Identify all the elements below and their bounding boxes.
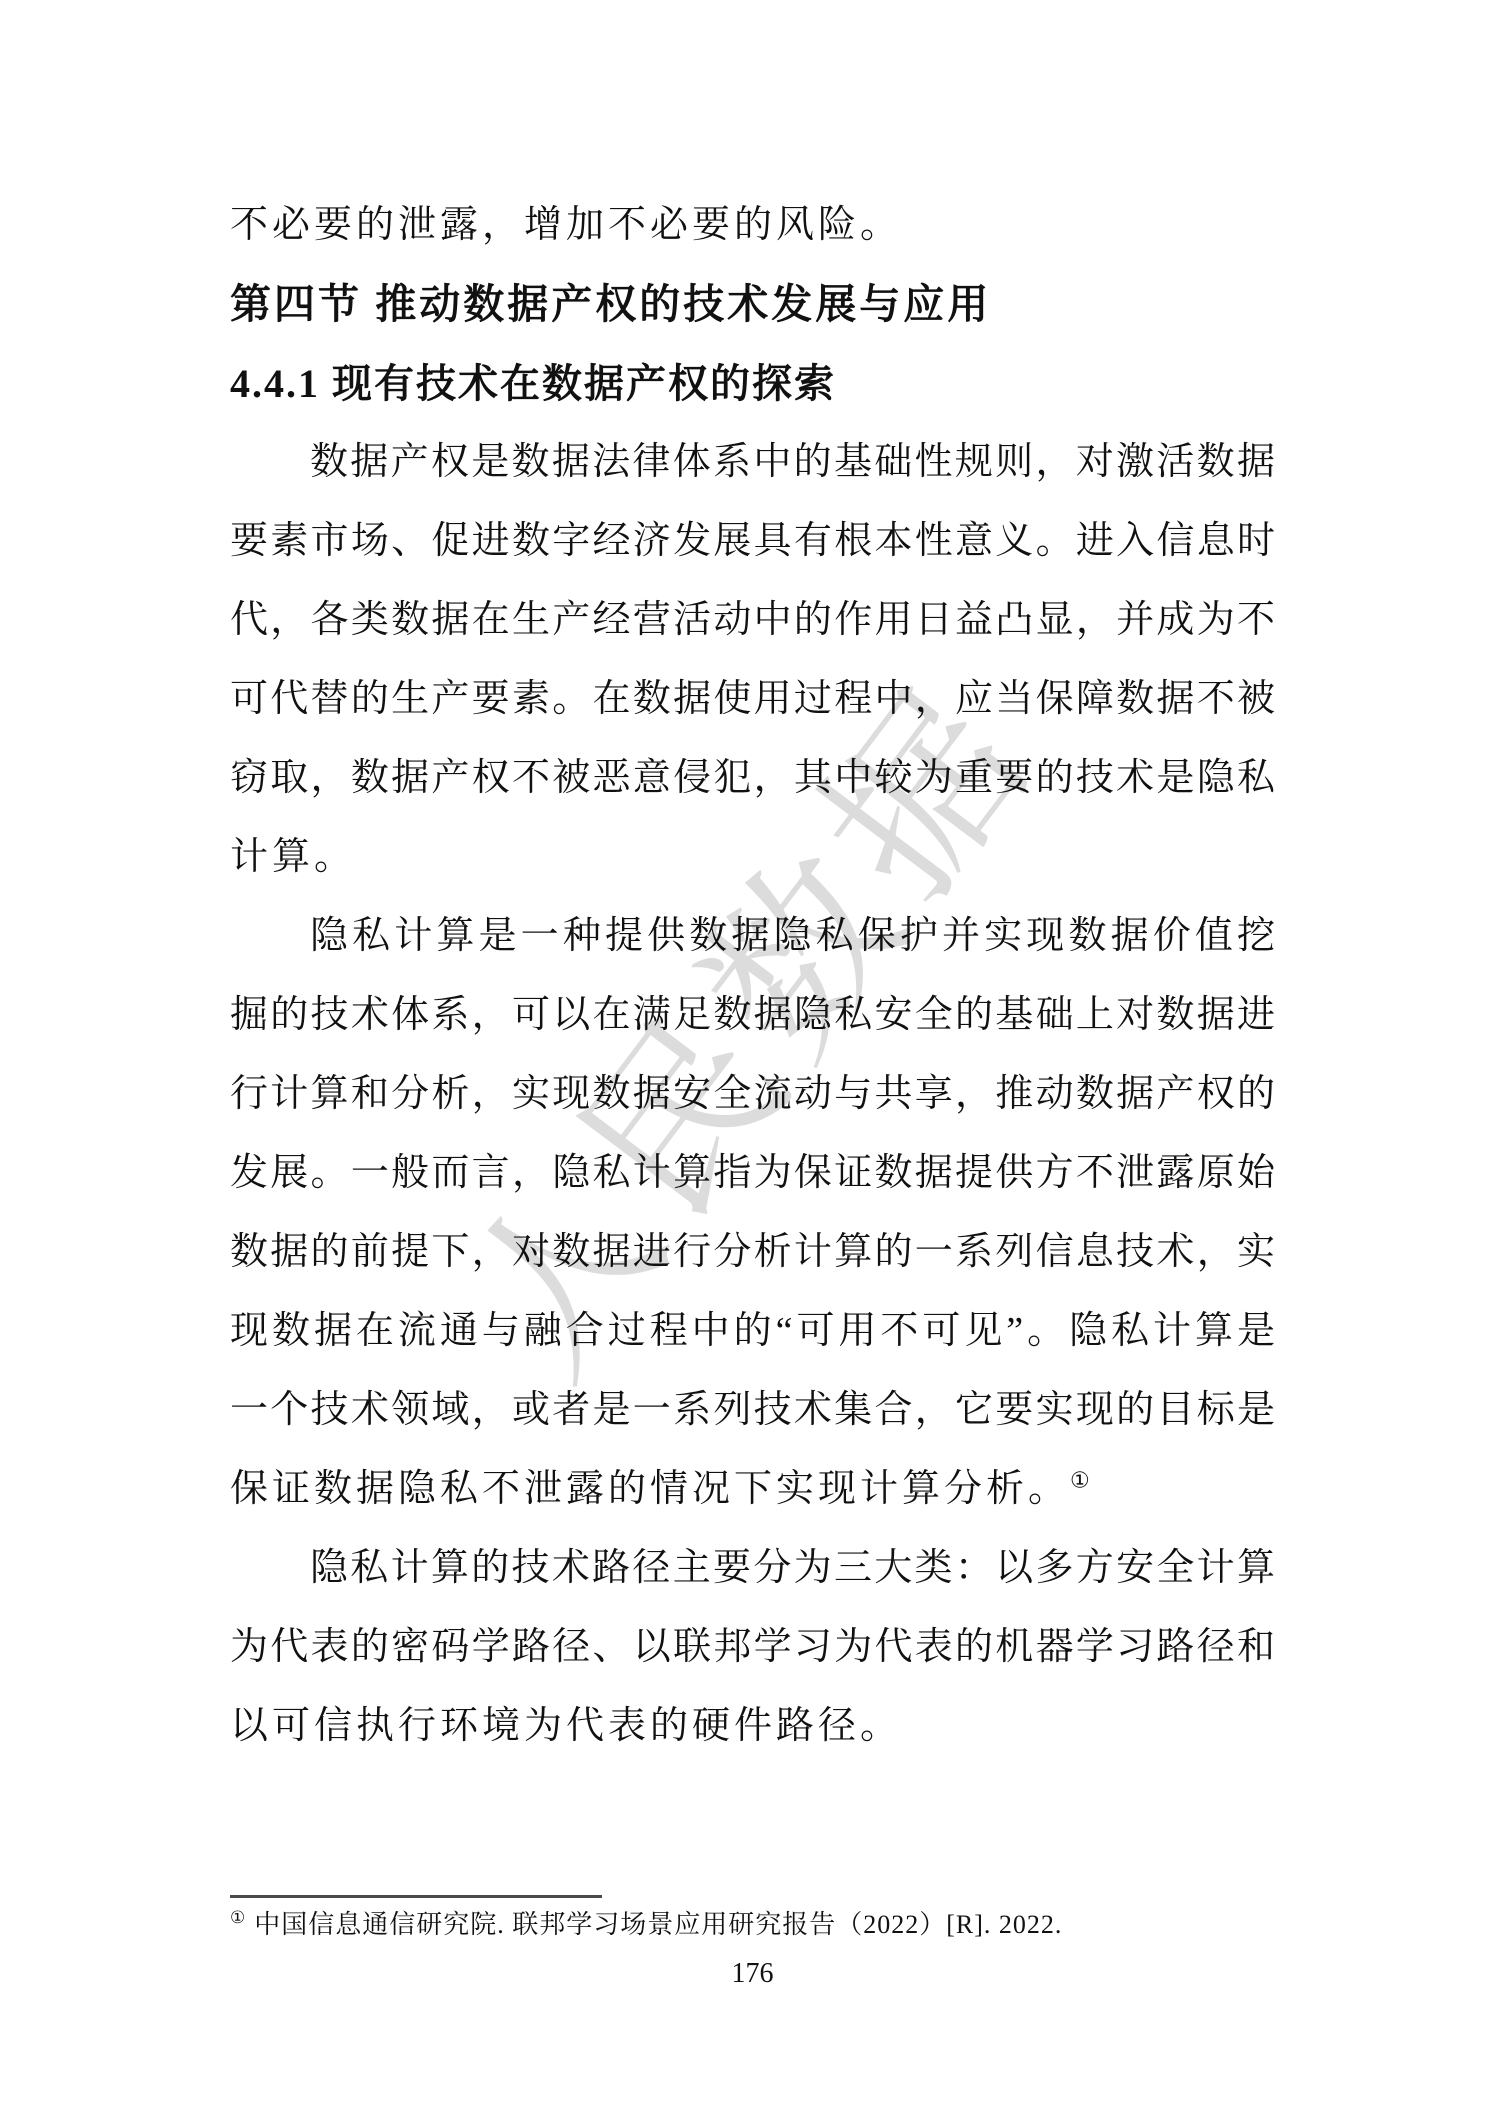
footnote-reference: ①: [1070, 1467, 1090, 1492]
body-line: 为代表的密码学路径、以联邦学习为代表的机器学习路径和: [230, 1608, 1275, 1687]
body-line: 掘的技术体系，可以在满足数据隐私安全的基础上对数据进: [230, 976, 1275, 1055]
body-line: 要素市场、促进数字经济发展具有根本性意义。进入信息时: [230, 502, 1275, 581]
body-line: 隐私计算的技术路径主要分为三大类：以多方安全计算: [230, 1529, 1275, 1608]
body-text: 不必要的泄露，增加不必要的风险。第四节 推动数据产权的技术发展与应用4.4.1 …: [230, 186, 1275, 1766]
body-line: 行计算和分析，实现数据安全流动与共享，推动数据产权的: [230, 1055, 1275, 1134]
body-line: 现数据在流通与融合过程中的“可用不可见”。隐私计算是: [230, 1292, 1275, 1371]
body-line: 不必要的泄露，增加不必要的风险。: [230, 186, 1275, 265]
body-line: 可代替的生产要素。在数据使用过程中，应当保障数据不被: [230, 660, 1275, 739]
footnote-marker: ①: [230, 1908, 246, 1927]
body-line: 保证数据隐私不泄露的情况下实现计算分析。①: [230, 1450, 1275, 1529]
page-number: 176: [230, 1958, 1275, 1990]
footnote: ①中国信息通信研究院. 联邦学习场景应用研究报告（2022）[R]. 2022.: [230, 1903, 1275, 1947]
body-line: 窃取，数据产权不被恶意侵犯，其中较为重要的技术是隐私: [230, 739, 1275, 818]
body-line: 一个技术领域，或者是一系列技术集合，它要实现的目标是: [230, 1371, 1275, 1450]
footnote-separator: [230, 1895, 602, 1898]
body-line: 代，各类数据在生产经营活动中的作用日益凸显，并成为不: [230, 581, 1275, 660]
section-heading: 第四节 推动数据产权的技术发展与应用: [230, 265, 1275, 344]
body-line: 数据的前提下，对数据进行分析计算的一系列信息技术，实: [230, 1213, 1275, 1292]
body-line: 数据产权是数据法律体系中的基础性规则，对激活数据: [230, 423, 1275, 502]
footnote-text: 中国信息通信研究院. 联邦学习场景应用研究报告（2022）[R]. 2022.: [254, 1910, 1062, 1939]
body-line: 隐私计算是一种提供数据隐私保护并实现数据价值挖: [230, 897, 1275, 976]
body-line: 以可信执行环境为代表的硬件路径。: [230, 1687, 1275, 1766]
body-line: 计算。: [230, 818, 1275, 897]
body-line: 发展。一般而言，隐私计算指为保证数据提供方不泄露原始: [230, 1134, 1275, 1213]
document-page: 人民数据 不必要的泄露，增加不必要的风险。第四节 推动数据产权的技术发展与应用4…: [0, 0, 1500, 2121]
subsection-heading: 4.4.1 现有技术在数据产权的探索: [230, 344, 1275, 423]
